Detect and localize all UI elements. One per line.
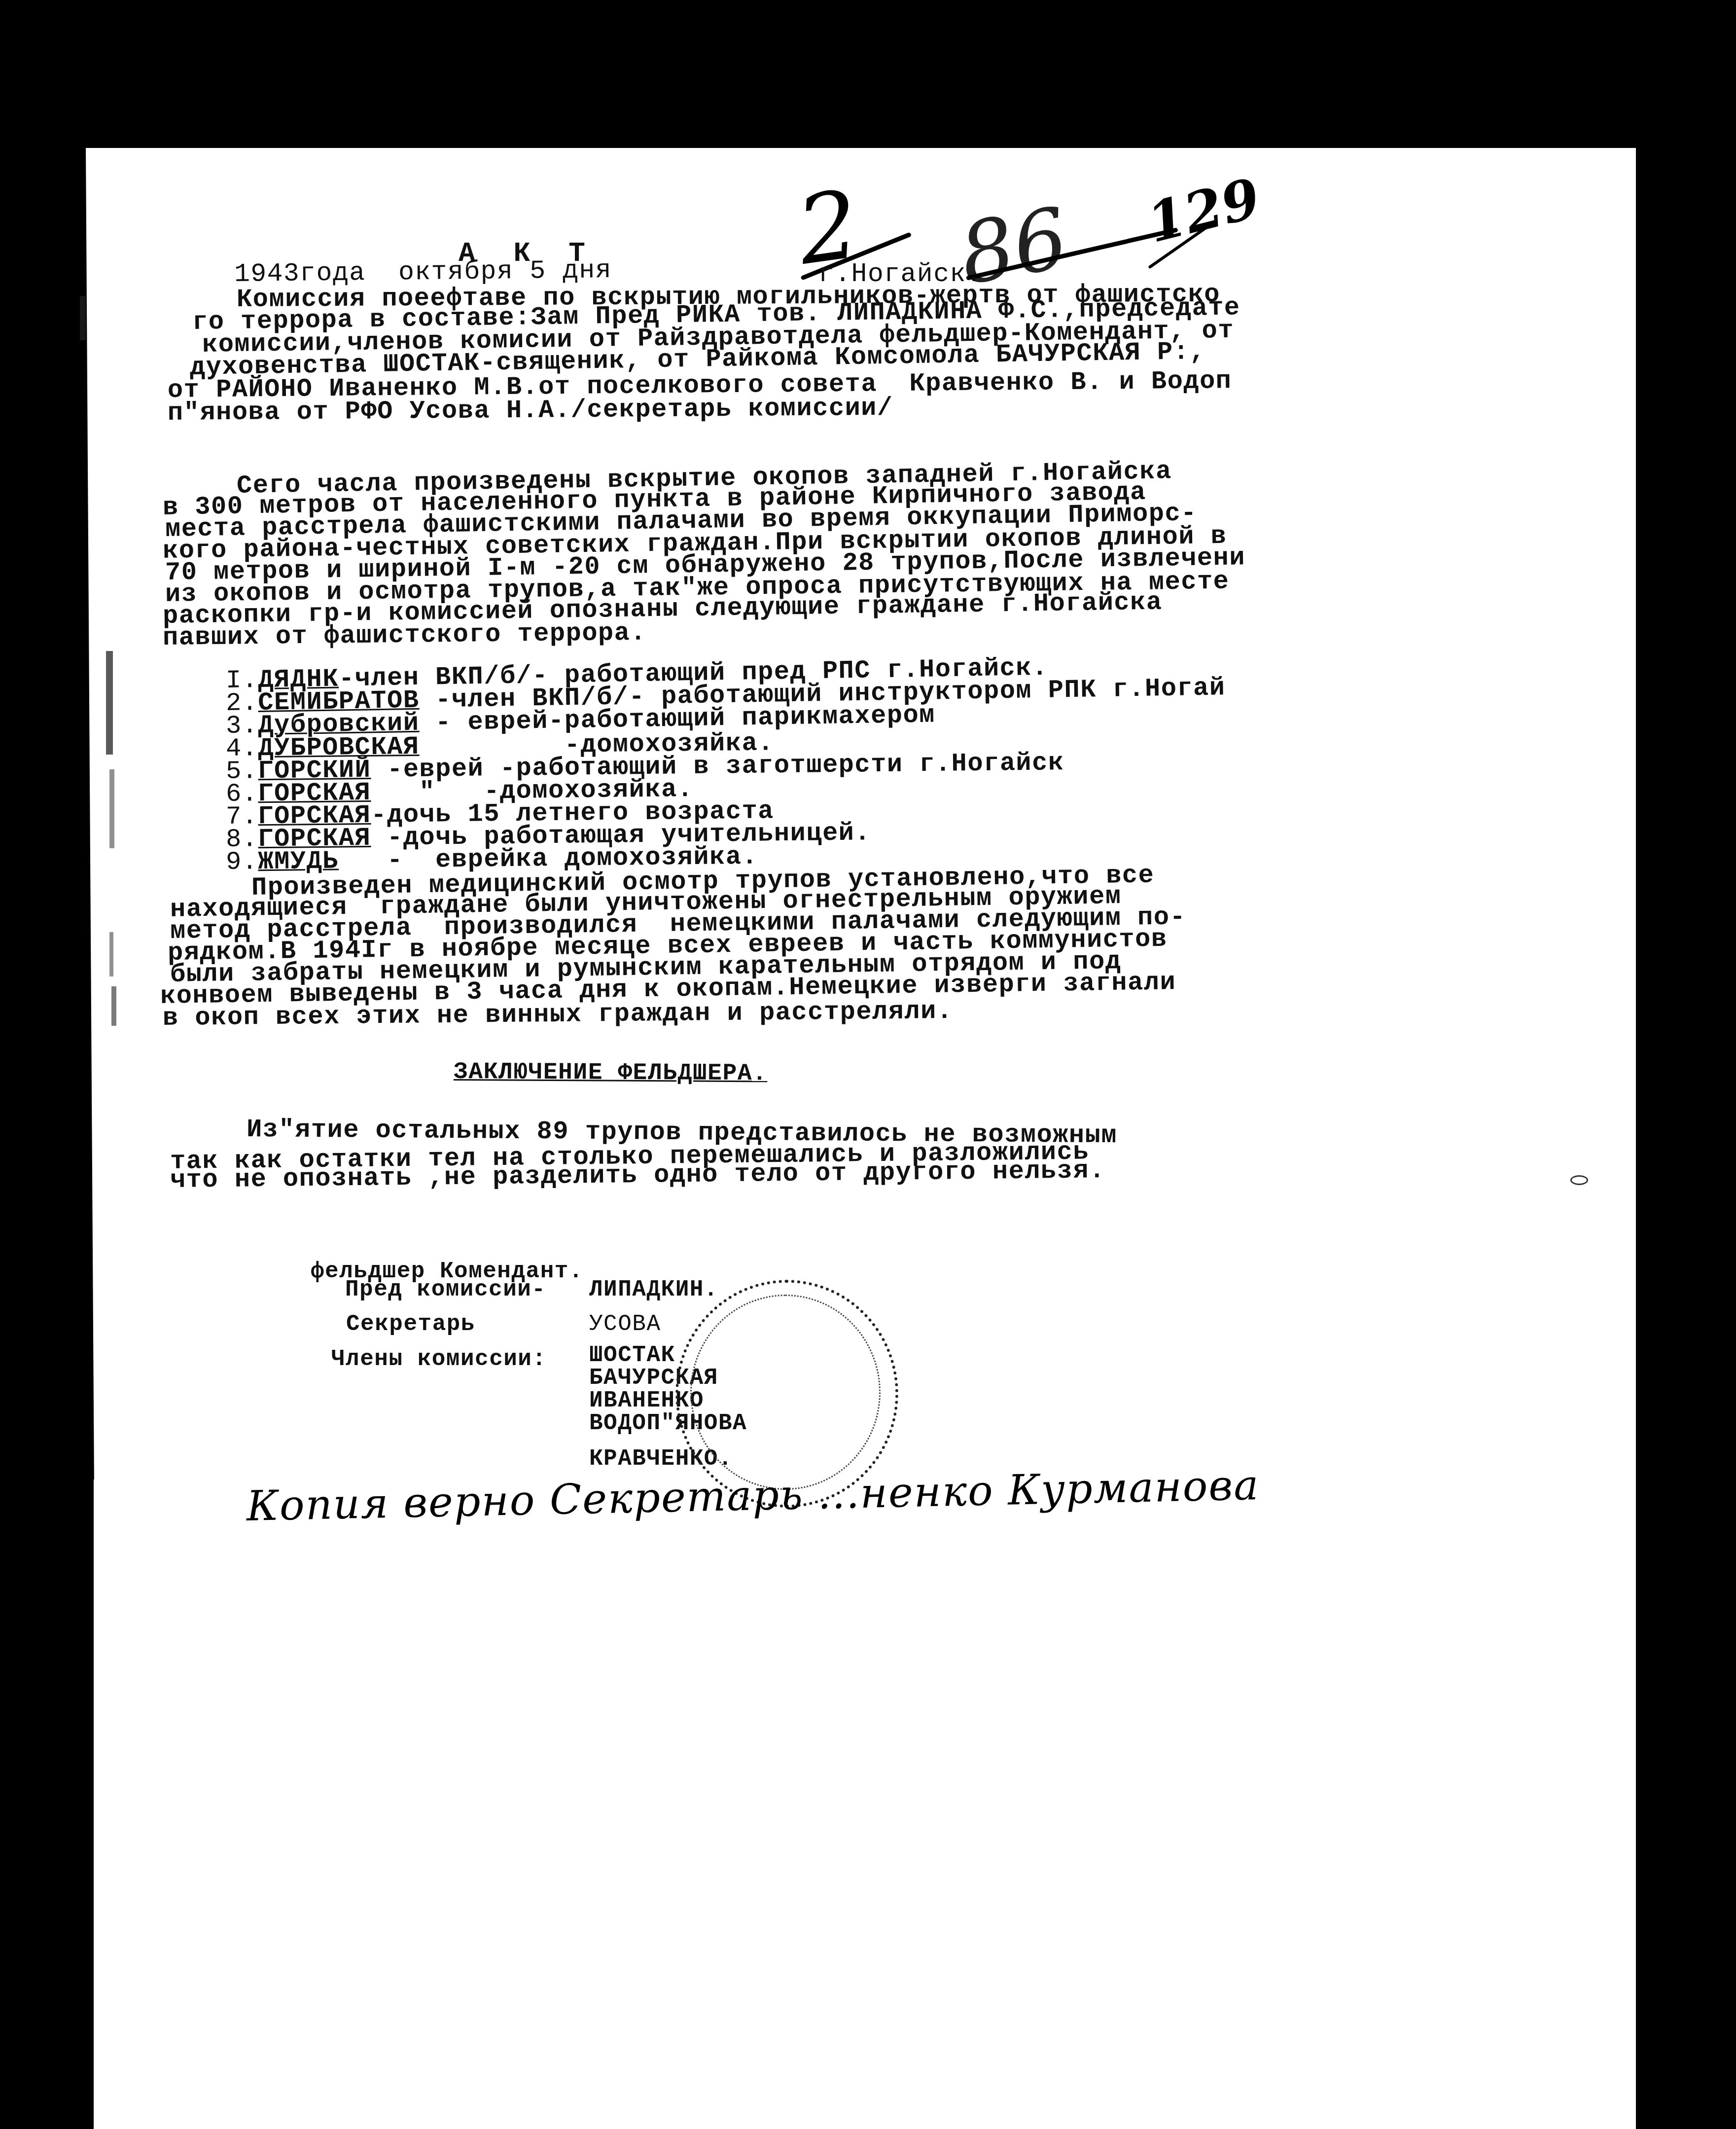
conclusion-heading: ЗАКЛЮЧЕНИЕ ФЕЛЬДШЕРА.: [454, 1060, 768, 1085]
medical-line: в окоп всех этих не винных граждан и рас…: [163, 999, 953, 1031]
chair-label: Пред комиссии-: [345, 1278, 546, 1301]
intro-line: п"янова от РФО Усова Н.А./секретарь коми…: [168, 396, 893, 426]
left-margin-mark: [80, 296, 86, 340]
left-margin-mark: [109, 769, 114, 848]
left-margin-mark: [109, 932, 113, 976]
secretary-label: Секретарь: [346, 1313, 475, 1335]
left-margin-mark: [111, 986, 116, 1026]
scan-speck: [1570, 1175, 1588, 1185]
body-line: павших от фашистского террора.: [163, 620, 647, 651]
left-margin-mark: [106, 651, 113, 755]
official-stamp-inner-ring: [690, 1295, 881, 1490]
paper-sheet-lower: [94, 1479, 1636, 2129]
members-label: Члены комиссии:: [331, 1348, 547, 1371]
scanned-document: 2 86 129 АКТ 1943года октября 5 дня г.Но…: [0, 0, 1736, 2129]
secretary-name: УСОВА: [589, 1313, 661, 1335]
victim-number: 9.: [226, 847, 258, 877]
member-signature-name: ШОСТАК: [589, 1344, 675, 1367]
chair-name: ЛИПАДКИН.: [589, 1278, 718, 1301]
